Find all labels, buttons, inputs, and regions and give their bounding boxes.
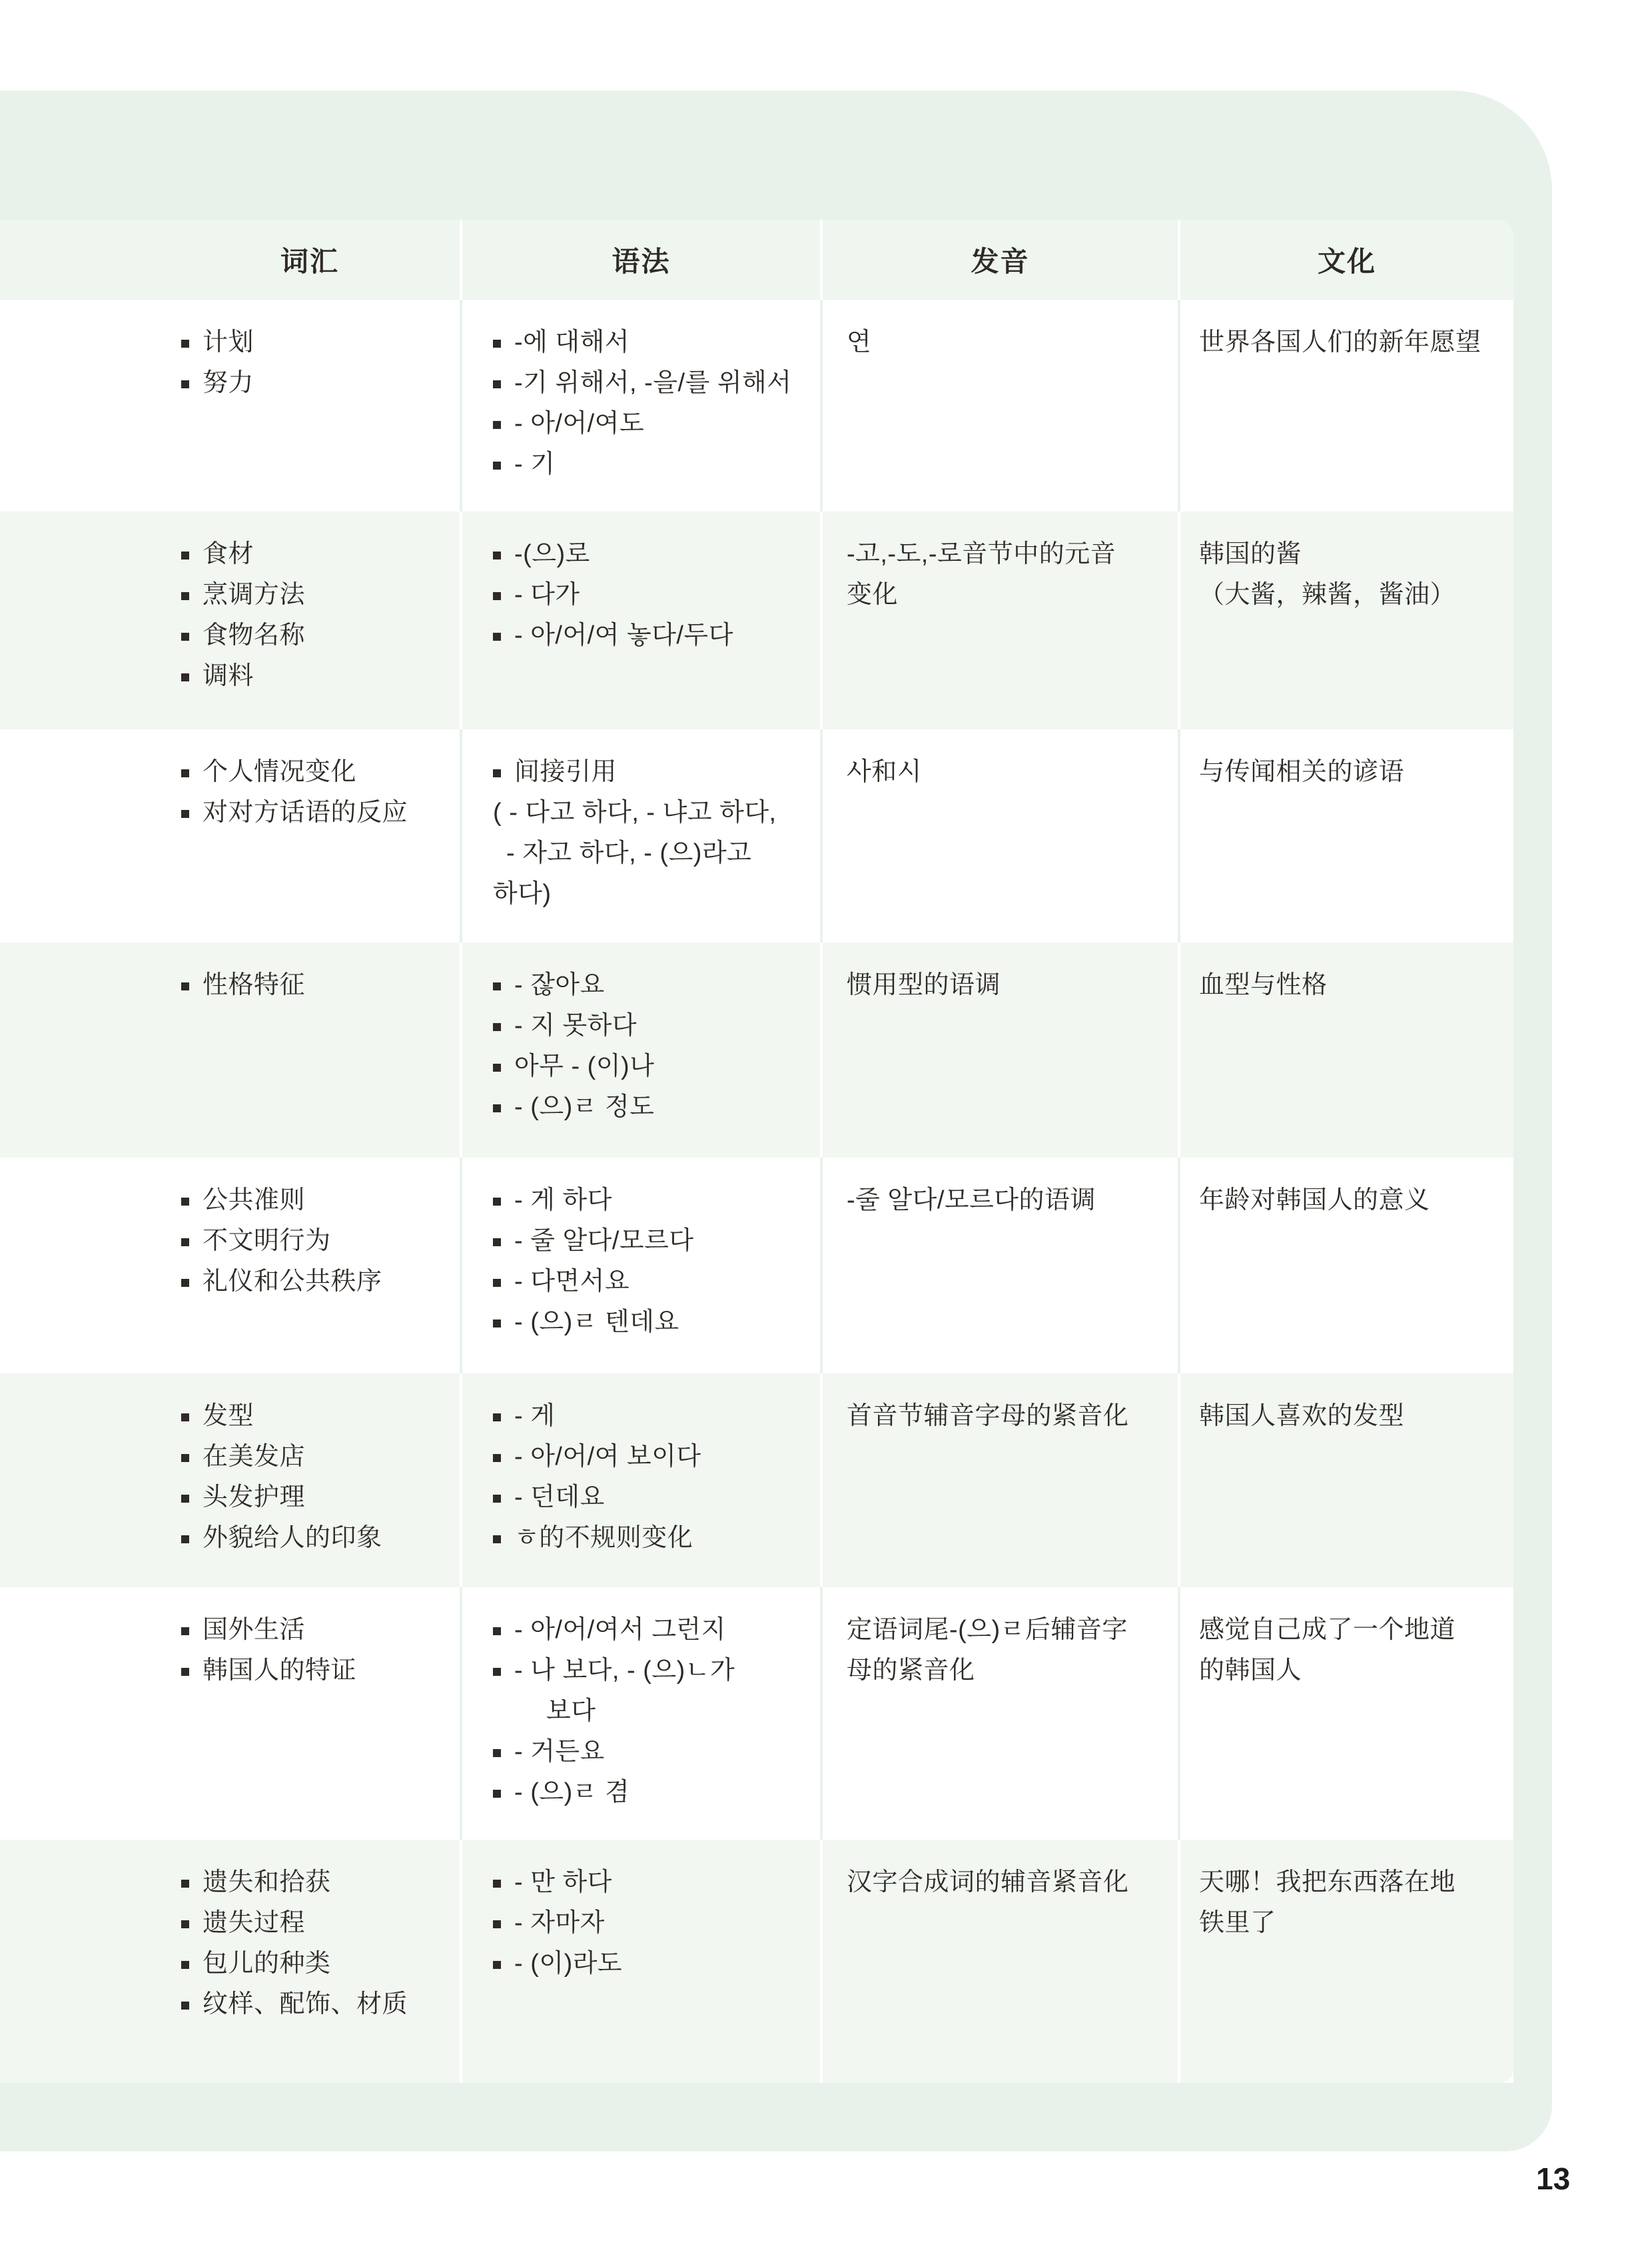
grammar-cell: - 게 하다- 줄 알다/모르다- 다면서요- (으)ㄹ 텐데요 [462, 1158, 820, 1373]
bullet-icon [181, 1454, 189, 1462]
vocab-item: 包儿的种类 [181, 1944, 460, 1984]
grammar-item: -(으)로 [493, 534, 820, 575]
culture-text: 年龄对韩国人的意义 [1199, 1180, 1507, 1221]
vocabulary-cell: 性格特征 [0, 942, 460, 1158]
bullet-icon [493, 1279, 501, 1287]
grammar-item: - 아/어/여 보이다 [493, 1437, 820, 1477]
pronunciation-text: 变化 [847, 575, 1171, 615]
culture-cell: 天哪！我把东西落在地铁里了 [1180, 1840, 1513, 2083]
column-header-pronunciation: 发音 [823, 220, 1178, 300]
bullet-icon [493, 1454, 501, 1462]
pronunciation-text: -고,-도,-로音节中的元音 [847, 534, 1171, 575]
grammar-item: - 지 못하다 [493, 1006, 820, 1046]
bullet-icon [493, 1023, 501, 1031]
vocab-item: 公共准则 [181, 1180, 460, 1221]
table-row: 遗失和拾获遗失过程包儿的种类纹样、配饰、材质- 만 하다- 자마자- (이)라도… [0, 1840, 1513, 2083]
grammar-item: - (으)ㄹ 텐데요 [493, 1302, 820, 1343]
table-row: 个人情况变化对对方话语的反应间接引用( - 다고 하다, - 냐고 하다,- 자… [0, 729, 1513, 942]
pronunciation-cell: -고,-도,-로音节中的元音变化 [823, 512, 1178, 729]
culture-text: 韩国人喜欢的发型 [1199, 1396, 1507, 1437]
pronunciation-text: 首音节辅音字母的紧音化 [847, 1396, 1171, 1437]
bullet-icon [493, 1790, 501, 1798]
bullet-icon [181, 1535, 189, 1543]
vocab-item: 烹调方法 [181, 575, 460, 615]
grammar-item: -기 위해서, -을/를 위해서 [493, 363, 820, 404]
vocabulary-cell: 计划努力 [0, 300, 460, 512]
grammar-item: 보다 [493, 1691, 820, 1732]
table-row: 发型在美发店头发护理外貌给人的印象- 게- 아/어/여 보이다- 던데요ㅎ的不规… [0, 1373, 1513, 1587]
bullet-icon [181, 340, 189, 348]
grammar-item: - 아/어/여 놓다/두다 [493, 615, 820, 656]
vocabulary-cell: 食材烹调方法食物名称调料 [0, 512, 460, 729]
grammar-item: ㅎ的不规则变化 [493, 1518, 820, 1559]
vocab-item: 礼仪和公共秩序 [181, 1262, 460, 1302]
bullet-icon [181, 633, 189, 641]
bullet-icon [493, 982, 501, 990]
grammar-cell: - 잖아요- 지 못하다아무 - (이)나- (으)ㄹ 정도 [462, 942, 820, 1158]
column-header-culture: 文化 [1180, 220, 1513, 300]
vocabulary-cell: 遗失和拾获遗失过程包儿的种类纹样、配饰、材质 [0, 1840, 460, 2083]
table-row: 性格特征- 잖아요- 지 못하다아무 - (이)나- (으)ㄹ 정도惯用型的语调… [0, 942, 1513, 1158]
grammar-item: - 잖아요 [493, 965, 820, 1006]
table-row: 国外生活韩国人的特证- 아/어/여서 그런지- 나 보다, - (으)ㄴ가보다-… [0, 1587, 1513, 1840]
bullet-icon [181, 1920, 189, 1928]
bullet-icon [493, 1961, 501, 1969]
bullet-icon [181, 1961, 189, 1969]
grammar-cell: -에 대해서-기 위해서, -을/를 위해서- 아/어/여도- 기 [462, 300, 820, 512]
grammar-item: - 다면서요 [493, 1262, 820, 1302]
bullet-icon [493, 769, 501, 777]
vocab-item: 调料 [181, 656, 460, 697]
bullet-icon [493, 1668, 501, 1676]
bullet-icon [493, 1064, 501, 1072]
grammar-item: - 자마자 [493, 1903, 820, 1944]
vocab-item: 遗失和拾获 [181, 1862, 460, 1903]
bullet-icon [181, 1627, 189, 1635]
culture-cell: 血型与性格 [1180, 942, 1513, 1158]
pronunciation-text: 연 [847, 322, 1171, 363]
vocab-item: 对对方话语的反应 [181, 793, 460, 833]
bullet-icon [493, 633, 501, 641]
table-row: 公共准则不文明行为礼仪和公共秩序- 게 하다- 줄 알다/모르다- 다면서요- … [0, 1158, 1513, 1373]
pronunciation-text: 汉字合成词的辅音紧音化 [847, 1862, 1171, 1903]
vocab-item: 头发护理 [181, 1477, 460, 1518]
bullet-icon [493, 462, 501, 470]
grammar-item: - (으)ㄹ 겸 [493, 1772, 820, 1813]
grammar-item: - 기 [493, 444, 820, 485]
textbook-page: 词汇语法发音文化 计划努力-에 대해서-기 위해서, -을/를 위해서- 아/어… [0, 0, 1652, 2242]
bullet-icon [493, 552, 501, 560]
pronunciation-text: 惯用型的语调 [847, 965, 1171, 1006]
bullet-icon [181, 1668, 189, 1676]
grammar-item: ( - 다고 하다, - 냐고 하다, [493, 793, 820, 833]
bullet-icon [493, 1319, 501, 1327]
vocab-item: 发型 [181, 1396, 460, 1437]
bullet-icon [493, 421, 501, 429]
bullet-icon [493, 1238, 501, 1246]
pronunciation-cell: 定语词尾-(으)ㄹ后辅音字母的紧音化 [823, 1587, 1178, 1840]
culture-text: 韩国的酱 [1199, 534, 1507, 575]
grammar-item: - (으)ㄹ 정도 [493, 1087, 820, 1128]
grammar-item: 하다) [493, 874, 820, 915]
bullet-icon [181, 982, 189, 990]
vocabulary-cell: 国外生活韩国人的特证 [0, 1587, 460, 1840]
bullet-icon [493, 1495, 501, 1503]
vocabulary-cell: 个人情况变化对对方话语的反应 [0, 729, 460, 942]
vocabulary-cell: 公共准则不文明行为礼仪和公共秩序 [0, 1158, 460, 1373]
vocab-item: 个人情况变化 [181, 752, 460, 793]
pronunciation-cell: 首音节辅音字母的紧音化 [823, 1373, 1178, 1587]
bullet-icon [493, 592, 501, 600]
bullet-icon [181, 380, 189, 388]
grammar-item: - (이)라도 [493, 1944, 820, 1984]
bullet-icon [181, 592, 189, 600]
pronunciation-cell: 연 [823, 300, 1178, 512]
grammar-item: - 다가 [493, 575, 820, 615]
pronunciation-text: 사和시 [847, 752, 1171, 793]
vocab-item: 不文明行为 [181, 1221, 460, 1262]
culture-text: 天哪！我把东西落在地 [1199, 1862, 1507, 1903]
vocab-item: 计划 [181, 322, 460, 363]
table-header-row: 词汇语法发音文化 [0, 220, 1513, 300]
vocab-item: 国外生活 [181, 1610, 460, 1651]
vocab-item: 性格特征 [181, 965, 460, 1006]
vocab-item: 在美发店 [181, 1437, 460, 1477]
grammar-cell: - 아/어/여서 그런지- 나 보다, - (으)ㄴ가보다- 거든요- (으)ㄹ… [462, 1587, 820, 1840]
culture-text: 世界各国人们的新年愿望 [1199, 322, 1507, 363]
grammar-cell: 间接引用( - 다고 하다, - 냐고 하다,- 자고 하다, - (으)라고하… [462, 729, 820, 942]
pronunciation-text: -줄 알다/모르다的语调 [847, 1180, 1171, 1221]
pronunciation-cell: 사和시 [823, 729, 1178, 942]
pronunciation-cell: 汉字合成词的辅音紧音化 [823, 1840, 1178, 2083]
bullet-icon [493, 1413, 501, 1421]
grammar-item: - 자고 하다, - (으)라고 [493, 833, 820, 874]
culture-cell: 年龄对韩国人的意义 [1180, 1158, 1513, 1373]
bullet-icon [493, 1627, 501, 1635]
vocab-item: 外貌给人的印象 [181, 1518, 460, 1559]
bullet-icon [181, 2002, 189, 2010]
vocab-item: 韩国人的特证 [181, 1651, 460, 1691]
vocab-item: 遗失过程 [181, 1903, 460, 1944]
culture-text: 与传闻相关的谚语 [1199, 752, 1507, 793]
grammar-item: - 나 보다, - (으)ㄴ가 [493, 1651, 820, 1691]
grammar-item: 아무 - (이)나 [493, 1046, 820, 1087]
grammar-item: - 만 하다 [493, 1862, 820, 1903]
bullet-icon [181, 1880, 189, 1888]
grammar-item: - 게 [493, 1396, 820, 1437]
grammar-cell: - 게- 아/어/여 보이다- 던데요ㅎ的不规则变化 [462, 1373, 820, 1587]
bullet-icon [493, 1535, 501, 1543]
pronunciation-text: 定语词尾-(으)ㄹ后辅音字 [847, 1610, 1171, 1651]
bullet-icon [181, 1495, 189, 1503]
grammar-item: - 줄 알다/모르다 [493, 1221, 820, 1262]
bullet-icon [493, 340, 501, 348]
culture-cell: 感觉自己成了一个地道的韩国人 [1180, 1587, 1513, 1840]
column-header-vocabulary: 词汇 [0, 220, 460, 300]
bullet-icon [493, 1198, 501, 1206]
grammar-item: - 아/어/여도 [493, 404, 820, 444]
table-row: 食材烹调方法食物名称调料-(으)로- 다가- 아/어/여 놓다/두다-고,-도,… [0, 512, 1513, 729]
culture-text: （大酱，辣酱，酱油） [1199, 575, 1507, 615]
bullet-icon [181, 1279, 189, 1287]
bullet-icon [181, 769, 189, 777]
grammar-item: - 게 하다 [493, 1180, 820, 1221]
table-body: 计划努力-에 대해서-기 위해서, -을/를 위해서- 아/어/여도- 기연世界… [0, 300, 1513, 2083]
bullet-icon [181, 552, 189, 560]
culture-cell: 世界各国人们的新年愿望 [1180, 300, 1513, 512]
culture-text: 的韩国人 [1199, 1651, 1507, 1691]
culture-text: 血型与性格 [1199, 965, 1507, 1006]
column-header-grammar: 语法 [462, 220, 820, 300]
pronunciation-cell: -줄 알다/모르다的语调 [823, 1158, 1178, 1373]
grammar-cell: -(으)로- 다가- 아/어/여 놓다/두다 [462, 512, 820, 729]
vocab-item: 纹样、配饰、材质 [181, 1984, 460, 2025]
vocab-item: 努力 [181, 363, 460, 404]
grammar-item: 间接引用 [493, 752, 820, 793]
vocab-item: 食物名称 [181, 615, 460, 656]
bullet-icon [181, 1413, 189, 1421]
culture-cell: 与传闻相关的谚语 [1180, 729, 1513, 942]
bullet-icon [493, 380, 501, 388]
grammar-cell: - 만 하다- 자마자- (이)라도 [462, 1840, 820, 2083]
bullet-icon [493, 1920, 501, 1928]
grammar-item: -에 대해서 [493, 322, 820, 363]
page-number: 13 [1536, 2161, 1570, 2197]
grammar-item: - 던데요 [493, 1477, 820, 1518]
syllabus-table: 词汇语法发音文化 计划努力-에 대해서-기 위해서, -을/를 위해서- 아/어… [0, 220, 1513, 2083]
culture-cell: 韩国的酱（大酱，辣酱，酱油） [1180, 512, 1513, 729]
bullet-icon [493, 1880, 501, 1888]
pronunciation-cell: 惯用型的语调 [823, 942, 1178, 1158]
vocab-item: 食材 [181, 534, 460, 575]
table-row: 计划努力-에 대해서-기 위해서, -을/를 위해서- 아/어/여도- 기연世界… [0, 300, 1513, 512]
bullet-icon [493, 1104, 501, 1112]
bullet-icon [181, 1198, 189, 1206]
bullet-icon [181, 673, 189, 681]
vocabulary-cell: 发型在美发店头发护理外貌给人的印象 [0, 1373, 460, 1587]
bullet-icon [181, 810, 189, 818]
pronunciation-text: 母的紧音化 [847, 1651, 1171, 1691]
grammar-item: - 거든요 [493, 1732, 820, 1772]
bullet-icon [493, 1749, 501, 1757]
culture-cell: 韩国人喜欢的发型 [1180, 1373, 1513, 1587]
culture-text: 感觉自己成了一个地道 [1199, 1610, 1507, 1651]
grammar-item: - 아/어/여서 그런지 [493, 1610, 820, 1651]
bullet-icon [181, 1238, 189, 1246]
culture-text: 铁里了 [1199, 1903, 1507, 1944]
